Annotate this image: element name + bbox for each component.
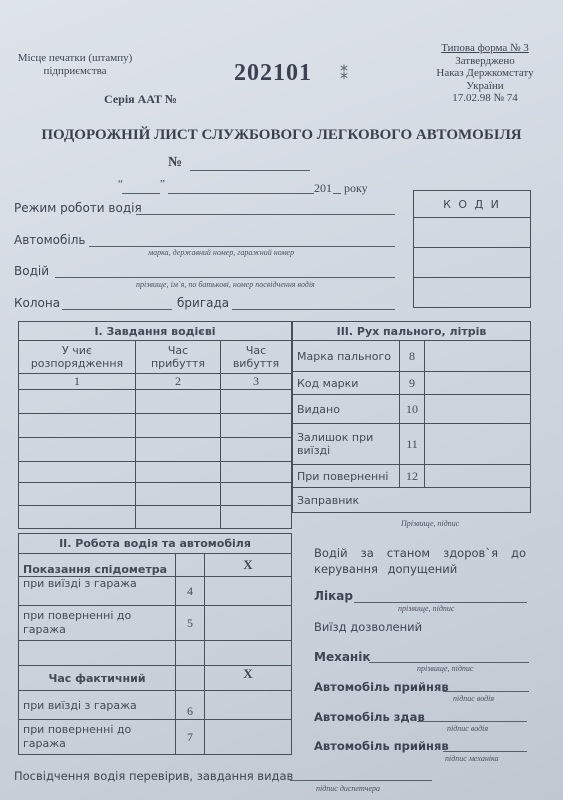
doctor-hint: прізвище, підпис	[398, 604, 454, 613]
time-value[interactable]	[205, 691, 292, 720]
driver-label: Водій	[14, 264, 49, 278]
code-cell[interactable]	[414, 218, 531, 248]
odometer-x-mark: Х	[205, 554, 292, 577]
fuel-value[interactable]	[425, 372, 531, 395]
row-number: 5	[176, 606, 205, 641]
cell[interactable]	[136, 506, 221, 529]
odometer-header: Показання спідометра	[19, 554, 176, 577]
cell[interactable]	[19, 483, 136, 506]
codes-title: К О Д И	[414, 191, 531, 218]
car-handed-hint: підпис водія	[447, 724, 488, 733]
refueler-hint: Прізвище, підпис	[401, 519, 459, 528]
date-quote-close: ”	[160, 178, 165, 190]
dispatcher-signature-field[interactable]	[290, 780, 432, 781]
fuel-value[interactable]	[425, 395, 531, 424]
row-label: при поверненні до гаража	[19, 606, 176, 641]
car-accepted2-hint: підпис механіка	[445, 754, 499, 763]
country-line: України	[415, 80, 555, 93]
stamp-place-line2: підприємства	[10, 65, 140, 78]
stamp-place-label: Місце печатки (штампу) підприємства	[10, 52, 140, 78]
table-row: Залишок при виїзді11	[293, 424, 531, 465]
cell[interactable]	[19, 438, 136, 462]
car-handed-label: Автомобіль здав	[314, 710, 425, 724]
departure-allowed-label: Виїзд дозволений	[314, 620, 422, 634]
car-accepted2-signature-field[interactable]	[443, 751, 527, 752]
mechanic-label: Механік	[314, 650, 370, 664]
table-row	[19, 483, 292, 506]
doctor-label: Лікар	[314, 589, 353, 603]
row-number: 11	[400, 424, 425, 465]
car-accepted-hint: підпис водія	[453, 694, 494, 703]
number-field[interactable]	[190, 170, 310, 171]
work-mode-label: Режим роботи водія	[14, 201, 142, 215]
table-row: Видано10	[293, 395, 531, 424]
driver-field[interactable]	[55, 277, 395, 278]
table-row	[19, 438, 292, 462]
date-month-field[interactable]	[168, 193, 314, 194]
col-departure-header: Час вибуття	[221, 341, 292, 374]
column-field[interactable]	[62, 309, 172, 310]
table-row	[19, 390, 292, 414]
car-accepted-label: Автомобіль прийняв	[314, 680, 449, 694]
table-row	[19, 414, 292, 438]
table-row: Марка пального8	[293, 341, 531, 372]
doctor-signature-field[interactable]	[354, 602, 527, 603]
dispatcher-hint: підпис диспетчера	[316, 784, 380, 793]
row-number: 7	[176, 720, 205, 755]
mechanic-signature-field[interactable]	[369, 662, 529, 663]
series-label: Серія ААТ №	[104, 92, 177, 107]
cell[interactable]	[19, 506, 136, 529]
mechanic-hint: прізвище, підпис	[417, 664, 473, 673]
section3-table: ІІІ. Рух пального, літрів Марка пального…	[292, 321, 531, 513]
section1-title: І. Завдання водієві	[19, 322, 292, 341]
table-row: при поверненні до гаража 5	[19, 606, 292, 641]
actual-time-header: Час фактичний	[19, 666, 176, 691]
table-row: При поверненні12	[293, 465, 531, 488]
fuel-value[interactable]	[425, 465, 531, 488]
section2-title: ІІ. Робота водія та автомобіля	[19, 534, 292, 554]
row-number: 4	[176, 577, 205, 606]
health-text: Водій за станом здоров`я до керування до…	[314, 545, 526, 577]
page-title: ПОДОРОЖНІЙ ЛИСТ СЛУЖБОВОГО ЛЕГКОВОГО АВТ…	[0, 127, 563, 144]
time-value[interactable]	[205, 720, 292, 755]
row-label: При поверненні	[293, 465, 400, 488]
table-row: при виїзді з гаража 6	[19, 691, 292, 720]
cell[interactable]	[221, 483, 292, 506]
car-handed-signature-field[interactable]	[417, 721, 527, 722]
cell[interactable]	[136, 414, 221, 438]
cell[interactable]	[136, 462, 221, 483]
col-number: 3	[221, 374, 292, 390]
refueler-label[interactable]: Заправник	[293, 488, 531, 513]
section3-title: ІІІ. Рух пального, літрів	[293, 322, 531, 341]
table-row	[19, 462, 292, 483]
cell[interactable]	[19, 390, 136, 414]
car-accepted-signature-field[interactable]	[443, 691, 529, 692]
date-day-field[interactable]	[122, 193, 160, 194]
order-date-line: 17.02.98 № 74	[415, 92, 555, 105]
standard-form-block: Типова форма № 3 Затверджено Наказ Держк…	[415, 42, 555, 105]
cell[interactable]	[136, 390, 221, 414]
serial-number: 202101	[234, 60, 312, 87]
row-label: при виїзді з гаража	[19, 577, 176, 606]
cell[interactable]	[136, 438, 221, 462]
col-number: 1	[19, 374, 136, 390]
serial-star-mark-icon: ⁑	[340, 64, 348, 84]
date-quote-open: “	[118, 178, 123, 190]
row-number: 6	[176, 691, 205, 720]
codes-table: К О Д И	[413, 190, 531, 308]
brigade-label: бригада	[177, 296, 229, 310]
row-number: 12	[400, 465, 425, 488]
odometer-value[interactable]	[205, 577, 292, 606]
cell[interactable]	[136, 483, 221, 506]
row-label: при поверненні до гаража	[19, 720, 176, 755]
cell[interactable]	[221, 390, 292, 414]
stamp-place-line1: Місце печатки (штампу)	[10, 52, 140, 65]
car-field[interactable]	[89, 246, 395, 247]
col-arrival-header: Час прибуття	[136, 341, 221, 374]
cell[interactable]	[221, 506, 292, 529]
row-number: 10	[400, 395, 425, 424]
driver-hint: прізвище, ім`я, по батькові, номер посві…	[136, 280, 315, 289]
section2-table: ІІ. Робота водія та автомобіля Показання…	[18, 533, 292, 755]
table-row: при поверненні до гаража 7	[19, 720, 292, 755]
number-label: №	[168, 155, 182, 171]
table-row	[19, 641, 292, 666]
row-label: Марка пального	[293, 341, 400, 372]
brigade-field[interactable]	[232, 309, 395, 310]
cell[interactable]	[221, 462, 292, 483]
code-cell[interactable]	[414, 278, 531, 308]
column-label: Колона	[14, 296, 60, 310]
cell[interactable]	[19, 414, 136, 438]
standard-form-title: Типова форма № 3	[415, 42, 555, 55]
date-year-field[interactable]	[333, 193, 341, 194]
col-number: 2	[136, 374, 221, 390]
date-year-suffix: року	[344, 181, 368, 196]
row-label: при виїзді з гаража	[19, 691, 176, 720]
date-year-prefix: 201	[314, 181, 332, 196]
fuel-value[interactable]	[425, 341, 531, 372]
section1-table: І. Завдання водієві У чиє розпорядження …	[18, 321, 292, 529]
row-number: 8	[400, 341, 425, 372]
table-row: Код марки9	[293, 372, 531, 395]
table-row	[19, 506, 292, 529]
work-mode-field[interactable]	[136, 214, 395, 215]
cell[interactable]	[19, 462, 136, 483]
car-accepted2-label: Автомобіль прийняв	[314, 739, 449, 753]
row-label: Залишок при виїзді	[293, 424, 400, 465]
fuel-value[interactable]	[425, 424, 531, 465]
dispatcher-text: Посвідчення водія перевірив, завдання ви…	[14, 769, 293, 783]
code-cell[interactable]	[414, 248, 531, 278]
table-row: при виїзді з гаража 4	[19, 577, 292, 606]
car-label: Автомобіль	[14, 233, 85, 247]
time-x-mark: Х	[205, 666, 292, 691]
car-hint: марка, державний номер, гаражний номер	[148, 248, 294, 257]
row-label: Код марки	[293, 372, 400, 395]
col-disposal-header: У чиє розпорядження	[19, 341, 136, 374]
row-number: 9	[400, 372, 425, 395]
approved-line: Затверджено	[415, 55, 555, 68]
order-line: Наказ Держкомстату	[415, 67, 555, 80]
odometer-value[interactable]	[205, 606, 292, 641]
row-label: Видано	[293, 395, 400, 424]
cell[interactable]	[221, 414, 292, 438]
cell[interactable]	[221, 438, 292, 462]
